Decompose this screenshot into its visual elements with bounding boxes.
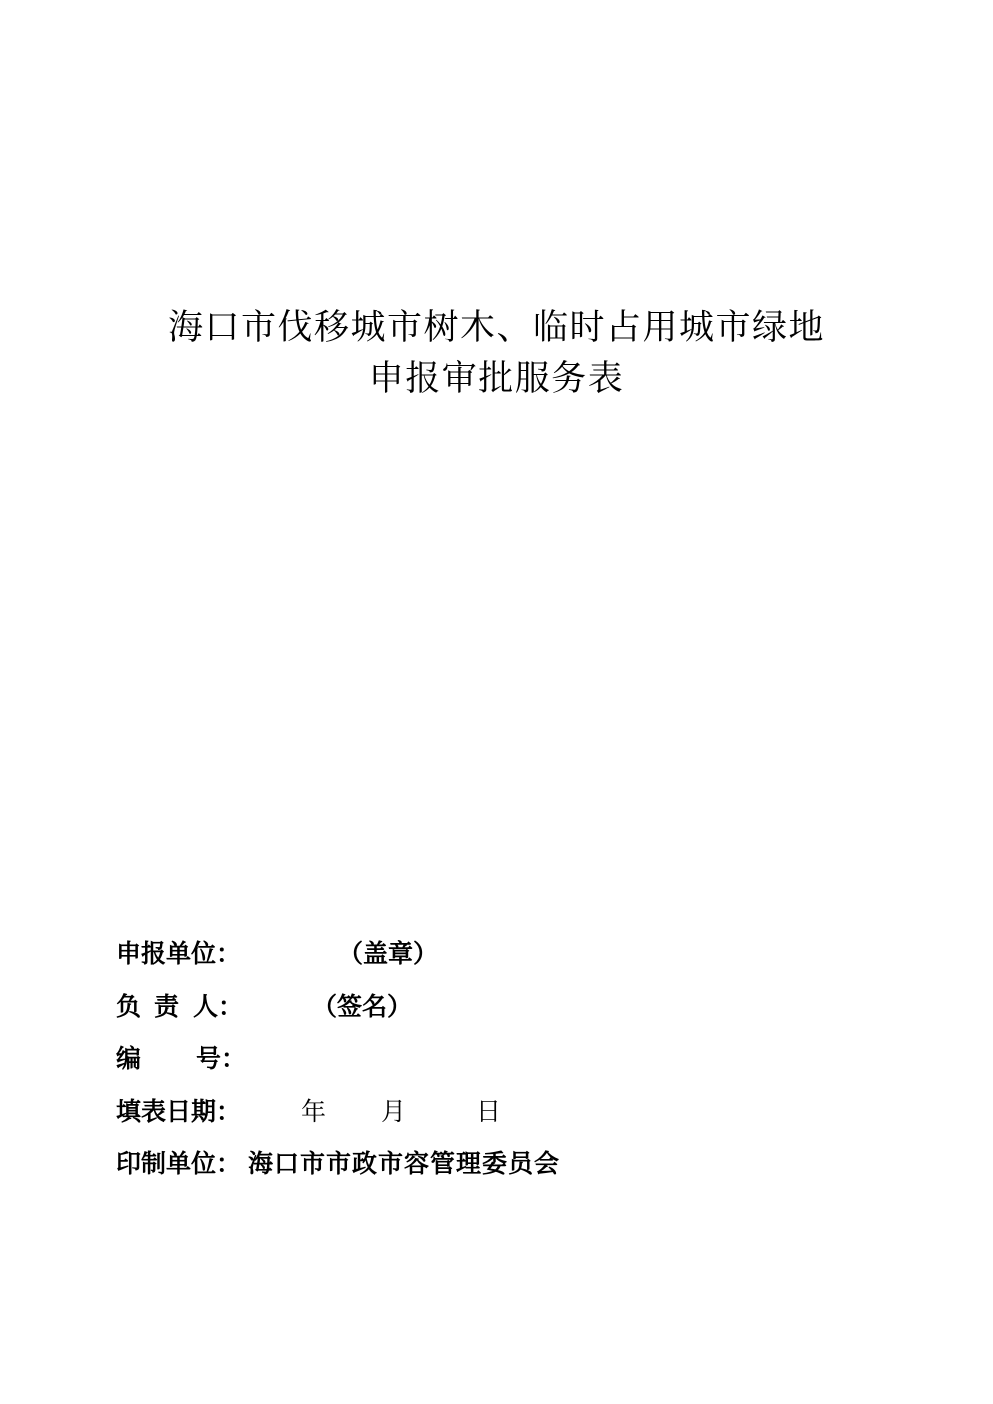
form-fields: 申报单位： （盖章） 负 责 人： （签名） 编 号： 填表日期： 年 月 日 (116, 934, 876, 1197)
serial-number-input[interactable] (248, 1043, 548, 1073)
applicant-unit-seal-note: （盖章） (338, 934, 438, 974)
responsible-person-label-char: 人： (193, 987, 243, 1027)
fill-date-year-label: 年 (301, 1092, 326, 1132)
applicant-unit-input[interactable] (248, 938, 338, 968)
fill-date-day-label: 日 (476, 1092, 501, 1132)
responsible-person-label-char: 责 (154, 987, 179, 1027)
fill-date-day-input[interactable] (408, 1096, 473, 1126)
serial-number-label-char: 编 (116, 1039, 141, 1079)
applicant-unit-label: 申报单位： (116, 934, 241, 974)
field-printing-unit: 印制单位： 海口市市政市容管理委员会 (116, 1144, 876, 1197)
fill-date-month-label: 月 (381, 1092, 406, 1132)
title-line-1: 海口市伐移城市树木、临时占用城市绿地 (0, 303, 993, 354)
responsible-person-signature-note: （签名） (312, 987, 412, 1027)
document-page: 海口市伐移城市树木、临时占用城市绿地 申报审批服务表 申报单位： （盖章） 负 … (0, 0, 993, 1404)
printing-unit-label: 印制单位： (116, 1144, 241, 1184)
fill-date-month-input[interactable] (328, 1096, 378, 1126)
field-applicant-unit: 申报单位： （盖章） (116, 934, 876, 987)
document-title: 海口市伐移城市树木、临时占用城市绿地 申报审批服务表 (0, 303, 993, 405)
field-fill-date: 填表日期： 年 月 日 (116, 1092, 876, 1145)
field-serial-number: 编 号： (116, 1039, 876, 1092)
serial-number-label-char: 号： (196, 1039, 246, 1079)
title-line-2: 申报审批服务表 (0, 354, 993, 405)
fill-date-year-input[interactable] (248, 1096, 298, 1126)
field-responsible-person: 负 责 人： （签名） (116, 987, 876, 1040)
printing-unit-value: 海口市市政市容管理委员会 (248, 1144, 560, 1184)
responsible-person-label-char: 负 (116, 987, 141, 1027)
fill-date-label: 填表日期： (116, 1092, 241, 1132)
responsible-person-input[interactable] (248, 991, 312, 1021)
